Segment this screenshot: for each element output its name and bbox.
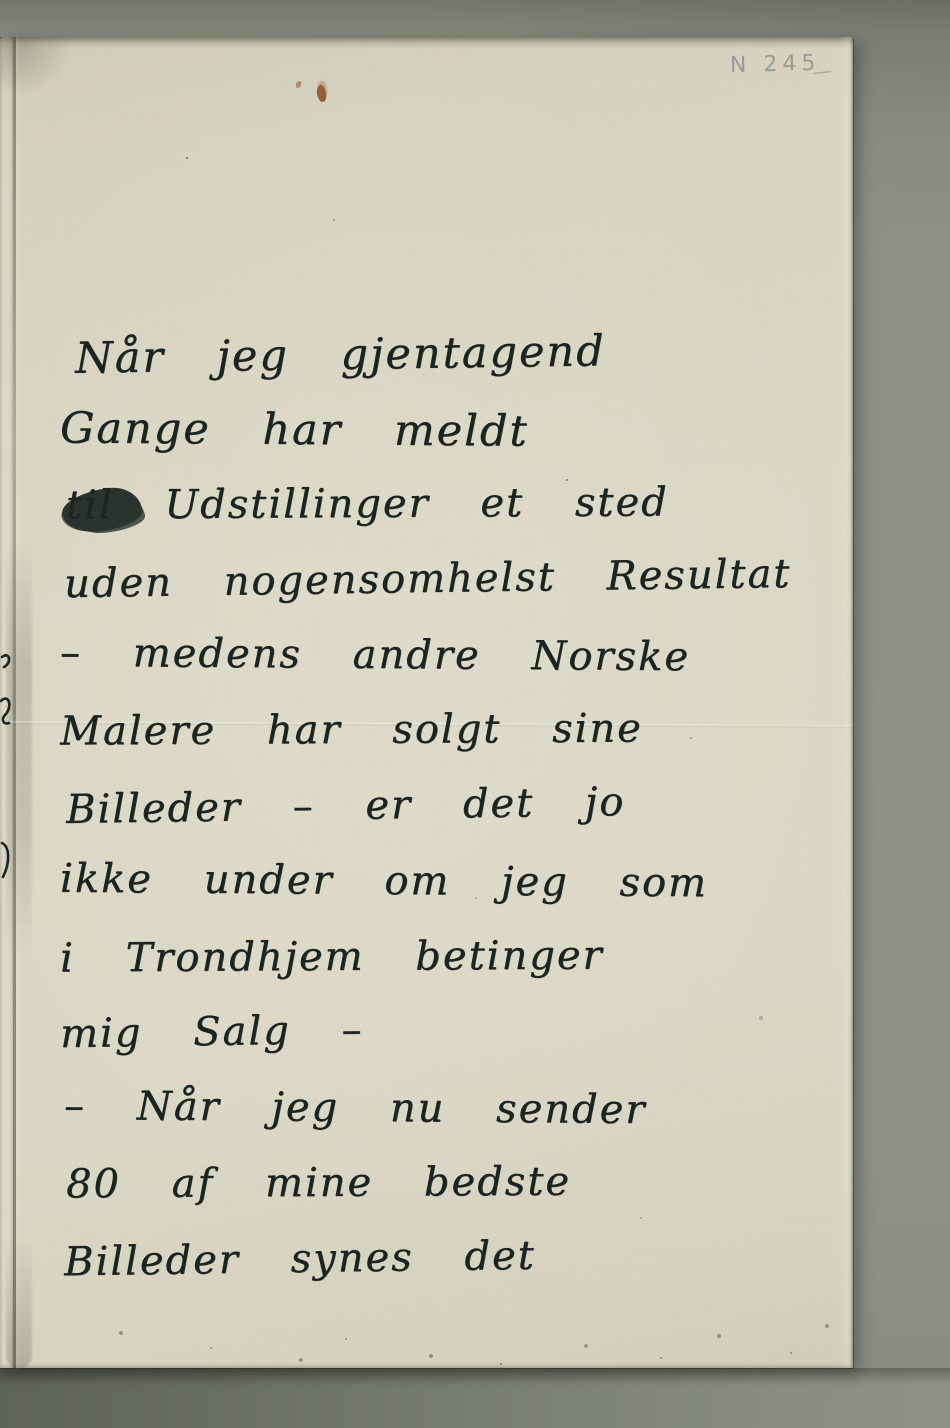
handwriting-line: til Udstillinger et sted [66, 479, 669, 528]
handwriting-line: Billeder synes det [64, 1233, 536, 1286]
handwriting-line: Malere har solgt sine [60, 705, 643, 754]
handwriting-line: Billeder – er det jo [66, 779, 626, 833]
background-lower-shadow [0, 1368, 950, 1428]
handwriting-line: Gange har meldt [60, 403, 529, 456]
handwriting-line: 80 af mine bedste [66, 1159, 571, 1208]
letter-paper: N 245 — Når jeg gjentagend Gange har mel… [0, 37, 853, 1368]
handwriting-line: – medens andre Norske [60, 630, 690, 680]
handwriting-line: – Når jeg nu sender [64, 1083, 647, 1133]
handwriting-line: ikke under om jeg som [60, 856, 708, 907]
handwriting-line: Når jeg gjentagend [75, 326, 606, 383]
stray-ink-marks [0, 837, 14, 883]
paper-specks [0, 37, 2, 39]
stray-ink-marks [0, 649, 16, 744]
scanned-letter-page: N 245 — Når jeg gjentagend Gange har mel… [0, 0, 950, 1428]
handwriting-block: Når jeg gjentagend Gange har meldt til U… [0, 37, 853, 1368]
handwriting-line: i Trondhjem betinger [60, 933, 604, 982]
handwriting-line: mig Salg – [60, 1007, 364, 1057]
handwriting-line: uden nogensomhelst Resultat [64, 551, 792, 607]
